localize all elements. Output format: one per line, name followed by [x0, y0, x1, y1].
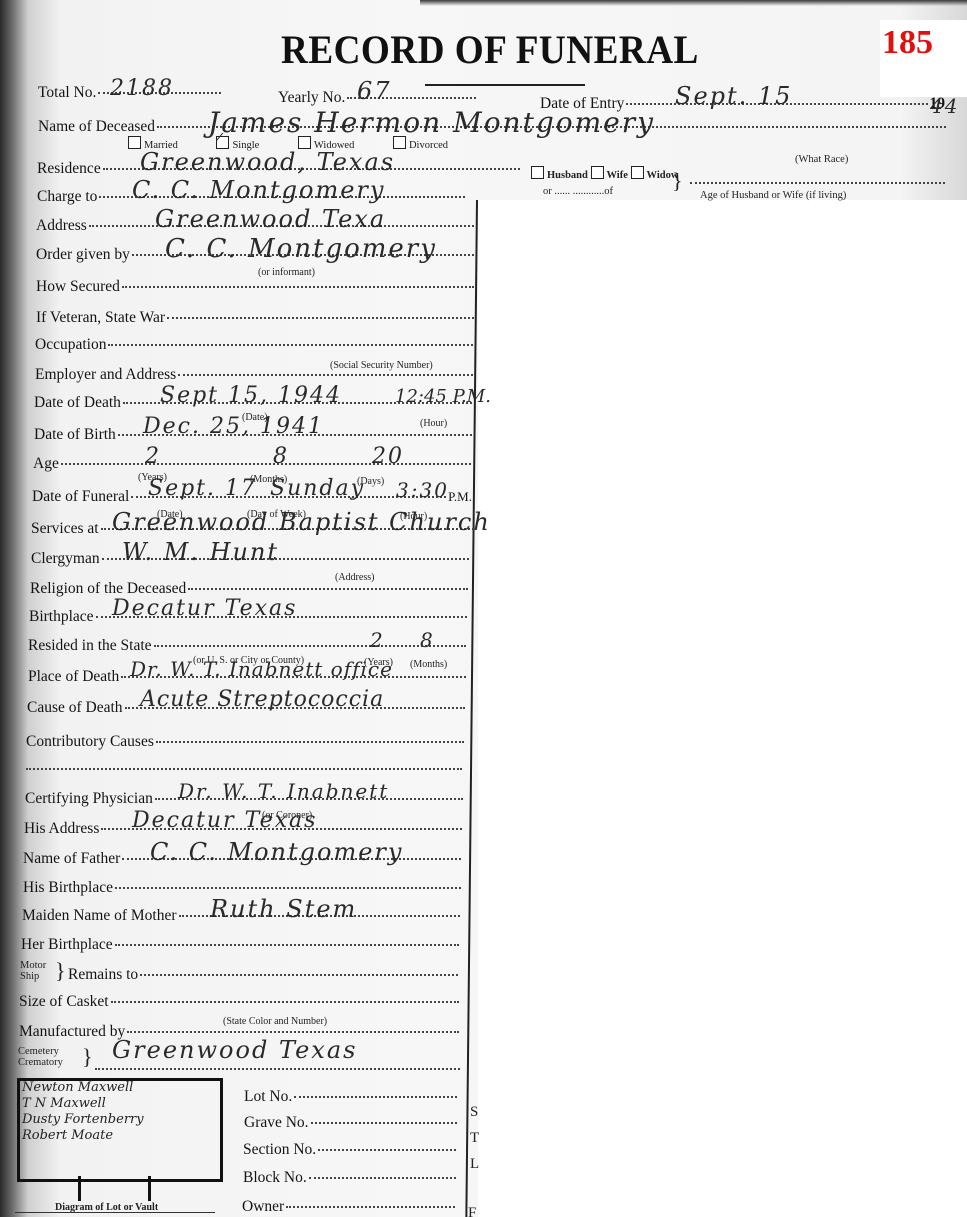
- residence-label: Residence: [37, 160, 101, 178]
- her-birthplace-label: Her Birthplace: [21, 936, 113, 954]
- owner-field: Owner: [242, 1198, 457, 1216]
- spouse-dots: [690, 182, 945, 184]
- or-label: or: [543, 186, 552, 197]
- diagram-post-right: [148, 1176, 151, 1201]
- clergyman-label: Clergyman: [31, 550, 100, 568]
- cemetery-crematory-label: Cemetery Crematory: [18, 1046, 63, 1068]
- date-of-death-hour: 12:45 P.M.: [395, 386, 491, 407]
- header-rule: [425, 84, 585, 86]
- or-of-line: or ...... ............of: [543, 186, 613, 197]
- brace: }: [672, 170, 683, 192]
- page-number: 185: [882, 24, 933, 62]
- owner-label: Owner: [242, 1198, 284, 1216]
- clergyman-value: W. M. Hunt: [122, 538, 279, 566]
- block-no-field: Block No.: [243, 1169, 458, 1187]
- right-fragment-t: T: [470, 1130, 479, 1147]
- date-of-funeral-label: Date of Funeral: [32, 488, 129, 506]
- occupation-label: Occupation: [35, 336, 106, 354]
- or-informant-note: (or informant): [258, 267, 315, 278]
- section-no-field: Section No.: [243, 1141, 458, 1159]
- yearly-no-value: 67: [357, 77, 392, 105]
- age-label: Age: [33, 455, 59, 473]
- date-of-entry-value: Sept. 15: [675, 82, 792, 110]
- diagram-names: Newton Maxwell T N Maxwell Dusty Fortenb…: [22, 1080, 144, 1144]
- place-of-death-label: Place of Death: [28, 668, 119, 686]
- date-of-death-value: Sept 15, 1944: [160, 383, 342, 408]
- crematory-label: Crematory: [18, 1057, 63, 1068]
- funeral-hour: 3:30: [396, 478, 449, 502]
- age-days: 20: [372, 444, 404, 469]
- pm-suffix: P.M.: [448, 489, 472, 505]
- motor-ship-brace: }: [55, 960, 66, 982]
- name-of-father-value: C. C. Montgomery: [150, 838, 403, 866]
- divorced-label: Divorced: [409, 140, 448, 151]
- spouse-options: Husband Wife Widow: [531, 166, 678, 181]
- cemetery-dots: [95, 1068, 460, 1070]
- services-at-value: Greenwood Baptist Church: [112, 508, 491, 536]
- date-of-birth-value: Dec. 25, 1941: [143, 414, 324, 439]
- maiden-name-mother-value: Ruth Stem: [210, 895, 357, 923]
- manufactured-by-label: Manufactured by: [19, 1023, 125, 1041]
- of-label: of: [604, 186, 613, 197]
- funeral-day: Sunday: [270, 476, 365, 501]
- right-fragment-l: L: [470, 1156, 479, 1173]
- what-race-note: (What Race): [795, 154, 848, 165]
- remains-to-label: Remains to: [68, 966, 138, 984]
- order-given-by-label: Order given by: [36, 246, 130, 264]
- document-title: RECORD OF FUNERAL: [281, 26, 699, 73]
- age-field: Age: [33, 455, 473, 473]
- cemetery-value: Greenwood Texas: [112, 1036, 357, 1064]
- total-no-label: Total No.: [38, 84, 96, 102]
- certifying-physician-value: Dr. W. T. Inabnett: [178, 779, 389, 803]
- her-birthplace-field: Her Birthplace: [21, 936, 461, 954]
- resided-in-state-field: Resided in the State: [28, 637, 468, 655]
- resided-years: 2: [370, 628, 385, 652]
- grave-no-label: Grave No.: [244, 1114, 309, 1132]
- name-of-deceased-value: James Hermon Montgomery: [208, 106, 655, 139]
- redacted-right-area: [478, 200, 967, 1217]
- cause-of-death-label: Cause of Death: [27, 699, 123, 717]
- marital-divorced[interactable]: Divorced: [393, 140, 448, 151]
- right-fragment-f: F: [468, 1205, 476, 1217]
- total-no-value: 2188: [110, 76, 174, 101]
- birthplace-label: Birthplace: [29, 608, 94, 626]
- residence-value: Greenwood, Texas: [140, 148, 395, 176]
- cemetery-label: Cemetery: [18, 1046, 63, 1057]
- right-fragment-s: S: [470, 1104, 478, 1121]
- employer-label: Employer and Address: [35, 366, 176, 384]
- wife-label: Wife: [607, 170, 628, 181]
- cause-of-death-value: Acute Streptococcia: [140, 687, 384, 712]
- certifying-physician-label: Certifying Physician: [25, 790, 153, 808]
- resided-months: 8: [420, 628, 435, 652]
- order-given-by-value: C. C. Montgomery: [165, 234, 437, 264]
- name-of-deceased-label: Name of Deceased: [38, 118, 155, 136]
- occupation-field: Occupation: [35, 336, 475, 354]
- contributory-causes-field: Contributory Causes: [26, 733, 466, 751]
- widow-checkbox[interactable]: [631, 166, 644, 179]
- yearly-no-label: Yearly No.: [278, 89, 345, 107]
- his-address-label: His Address: [24, 820, 99, 838]
- employer-field: Employer and Address: [35, 366, 475, 384]
- diagram-post-left: [78, 1176, 81, 1201]
- diagram-line: Dusty Fortenberry: [22, 1112, 144, 1128]
- age-years: 2: [145, 444, 161, 469]
- date-of-entry-year: 44: [930, 94, 959, 118]
- how-secured-label: How Secured: [36, 278, 120, 296]
- his-birthplace-label: His Birthplace: [23, 879, 113, 897]
- wife-checkbox[interactable]: [591, 166, 604, 179]
- charge-to-label: Charge to: [37, 188, 97, 206]
- diagram-line: Newton Maxwell: [22, 1080, 144, 1096]
- size-of-casket-field: Size of Casket: [19, 993, 461, 1011]
- section-no-label: Section No.: [243, 1141, 316, 1159]
- grave-no-field: Grave No.: [244, 1114, 459, 1132]
- date-of-birth-label: Date of Birth: [34, 426, 116, 444]
- lot-no-field: Lot No.: [244, 1088, 459, 1106]
- how-secured-field: How Secured: [36, 278, 476, 296]
- husband-label: Husband: [547, 170, 588, 181]
- page-number-badge: 185: [880, 20, 967, 97]
- age-months: 8: [273, 444, 289, 469]
- diagram-line: Robert Moate: [22, 1128, 144, 1144]
- funeral-date: Sept. 17: [148, 476, 257, 501]
- diagram-line: T N Maxwell: [22, 1096, 144, 1112]
- ship-label: Ship: [20, 971, 46, 982]
- motor-label: Motor: [20, 960, 46, 971]
- contributory-causes-label: Contributory Causes: [26, 733, 154, 751]
- size-of-casket-label: Size of Casket: [19, 993, 109, 1011]
- page-top-shadow: [420, 0, 967, 6]
- address-value: Greenwood Texa: [155, 205, 386, 233]
- lot-no-label: Lot No.: [244, 1088, 292, 1106]
- services-at-label: Services at: [31, 520, 99, 538]
- block-no-label: Block No.: [243, 1169, 307, 1187]
- date-of-death-label: Date of Death: [34, 394, 121, 412]
- veteran-label: If Veteran, State War: [36, 309, 165, 327]
- place-of-death-value: Dr. W. T. Inabnett office: [130, 657, 393, 681]
- motor-ship-prefix: Motor Ship: [20, 960, 46, 982]
- maiden-name-mother-label: Maiden Name of Mother: [22, 907, 177, 925]
- contributory-continuation: [26, 768, 462, 770]
- husband-checkbox[interactable]: [531, 166, 544, 179]
- age-spouse-label: Age of Husband or Wife (if living): [700, 190, 846, 201]
- name-of-father-label: Name of Father: [23, 850, 120, 868]
- resided-in-state-label: Resided in the State: [28, 637, 152, 655]
- address-label: Address: [36, 217, 87, 235]
- birthplace-value: Decatur Texas: [112, 596, 297, 621]
- veteran-field: If Veteran, State War: [36, 309, 476, 327]
- his-address-value: Decatur Texas: [132, 808, 317, 833]
- cemetery-brace: }: [82, 1046, 93, 1068]
- remains-to-field: Remains to: [68, 966, 460, 984]
- diagram-bottom-rule: [15, 1212, 215, 1213]
- charge-to-value: C. C. Montgomery: [132, 176, 385, 204]
